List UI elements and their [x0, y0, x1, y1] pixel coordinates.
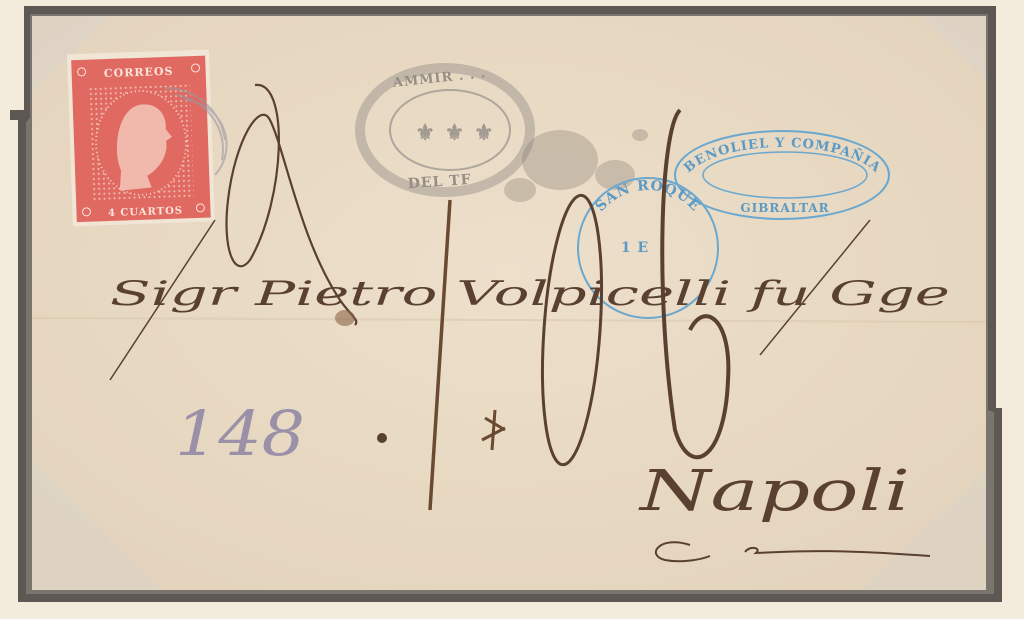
rate-marking-text: 1.06 — [0, 0, 3, 1]
address-line: Sigr Pietro Volpicelli fu Gge — [110, 274, 950, 314]
svg-text:⚜ ⚜ ⚜: ⚜ ⚜ ⚜ — [415, 120, 495, 146]
datestamp-center-text: 1 E — [621, 240, 649, 256]
destination-city: Napoli — [637, 459, 910, 524]
blue-oval-bottom-text: GIBRALTAR — [740, 201, 829, 215]
pencil-note: 148 — [175, 397, 305, 470]
postage-stamp: CORREOS 4 CUARTOS — [67, 49, 215, 226]
stamp-top-label: CORREOS — [104, 65, 174, 80]
postal-cover-photo: CORREOS 4 CUARTOS ⚜ ⚜ ⚜ AMMIR . . . DEL … — [0, 0, 1024, 619]
